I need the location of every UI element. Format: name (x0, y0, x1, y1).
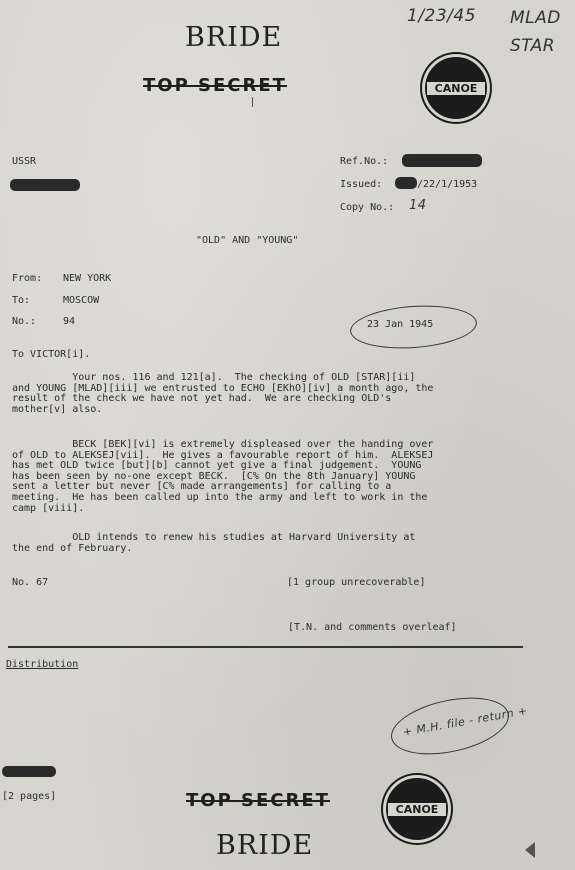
paragraph-line: meeting. He has been called up into the … (12, 493, 433, 504)
paragraph-line: BECK [BEK][vi] is extremely displeased o… (12, 440, 433, 451)
redaction-ref (402, 154, 482, 167)
ref-label: Ref.No.: (340, 157, 388, 168)
from-label: From: (12, 274, 42, 285)
distribution-heading: Distribution (6, 660, 78, 671)
page-corner-mark (525, 842, 535, 858)
redaction-left (10, 179, 80, 191)
overleaf-note: [T.N. and comments overleaf] (288, 623, 457, 634)
handwritten-date: 1/23/45 (407, 6, 476, 26)
codename-header: BRIDE (185, 22, 282, 53)
serial-number: No. 67 (12, 578, 48, 589)
tick-mark (252, 97, 253, 107)
redaction-bottom (2, 766, 56, 777)
paragraph-1: Your nos. 116 and 121[a]. The checking o… (12, 373, 433, 415)
unrecoverable-note: [1 group unrecoverable] (287, 578, 425, 589)
from-value: NEW YORK (63, 274, 111, 285)
classification-header: TOP SECRET (143, 75, 287, 96)
paragraph-line: Your nos. 116 and 121[a]. The checking o… (12, 373, 433, 384)
divider-rule (8, 646, 523, 648)
copy-label: Copy No.: (340, 203, 394, 214)
canoe-stamp-top: CANOE (425, 57, 487, 119)
to-label: To: (12, 296, 30, 307)
paragraph-line: the end of February. (12, 544, 415, 555)
redaction-issued (395, 177, 417, 189)
canoe-stamp-bottom: CANOE (386, 778, 448, 840)
classification-footer: TOP SECRET (186, 790, 330, 811)
issued-value: /22/1/1953 (417, 180, 477, 191)
document-title: "OLD" AND "YOUNG" (196, 236, 298, 247)
handwritten-name-2: STAR (510, 36, 555, 56)
message-date: 23 Jan 1945 (367, 320, 433, 331)
salutation: To VICTOR[i]. (12, 350, 90, 361)
page-count: [2 pages] (2, 792, 56, 803)
copy-value: 14 (409, 198, 427, 213)
codename-footer: BRIDE (216, 830, 313, 861)
paragraph-2: BECK [BEK][vi] is extremely displeased o… (12, 440, 433, 514)
no-value: 94 (63, 317, 75, 328)
paragraph-line: mother[v] also. (12, 405, 433, 416)
to-value: MOSCOW (63, 296, 99, 307)
document-page: BRIDE TOP SECRET CANOE 1/23/45 MLAD STAR… (0, 0, 575, 870)
stamp-label: CANOE (388, 803, 446, 816)
paragraph-3: OLD intends to renew his studies at Harv… (12, 533, 415, 554)
paragraph-line: OLD intends to renew his studies at Harv… (12, 533, 415, 544)
paragraph-line: camp [viii]. (12, 504, 433, 515)
handwritten-name-1: MLAD (510, 8, 561, 28)
issued-label: Issued: (340, 180, 382, 191)
stamp-label: CANOE (427, 82, 485, 95)
no-label: No.: (12, 317, 36, 328)
country: USSR (12, 157, 36, 168)
